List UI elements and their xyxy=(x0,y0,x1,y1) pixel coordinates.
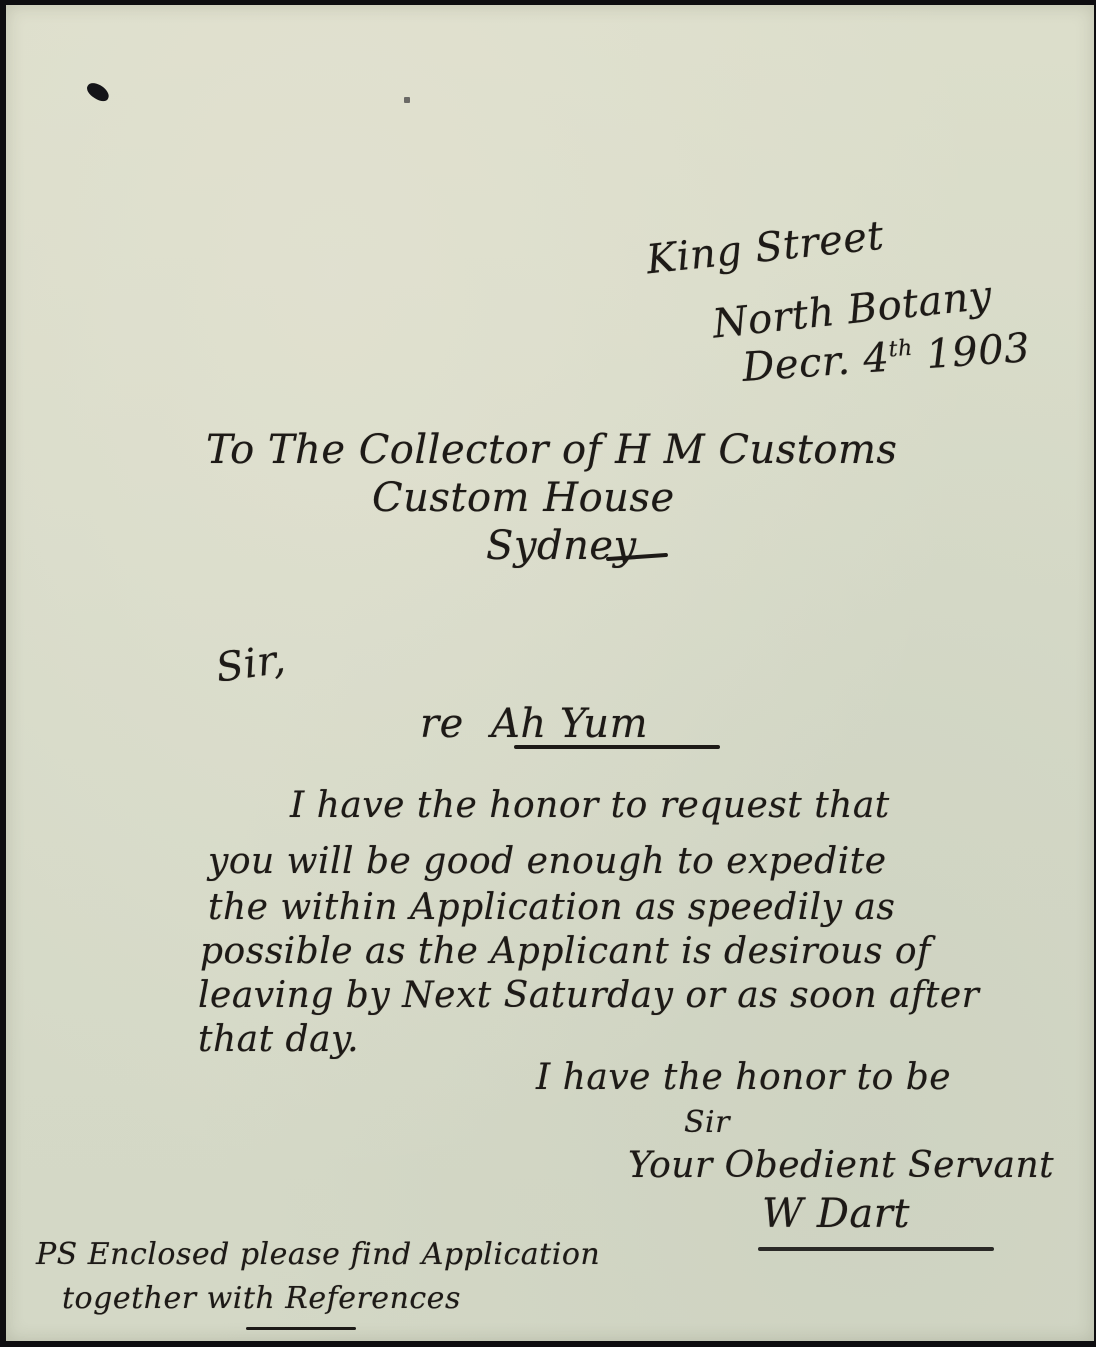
closing-line-3: Your Obedient Servant xyxy=(628,1145,1054,1186)
body-line-3: the within Application as speedily as xyxy=(208,887,895,928)
date-ordinal: th xyxy=(888,336,914,363)
ink-blot xyxy=(84,80,112,104)
closing-line-1: I have the honor to be xyxy=(536,1057,951,1098)
recipient-line-3: Sydney xyxy=(486,523,637,569)
body-line-5: leaving by Next Saturday or as soon afte… xyxy=(198,975,979,1016)
paper-mark xyxy=(404,97,410,103)
subject-name: Ah Yum xyxy=(491,701,648,747)
letter-page: King Street North Botany Decr. 4th 1903 … xyxy=(6,5,1094,1341)
postscript-line-1: PS Enclosed please find Application xyxy=(36,1237,600,1272)
body-line-1: I have the honor to request that xyxy=(290,785,890,826)
subject-underline xyxy=(514,745,720,749)
date-year: 1903 xyxy=(925,325,1032,378)
signature-underline xyxy=(758,1247,994,1251)
subject-line: re Ah Yum xyxy=(420,701,648,747)
address-street: King Street xyxy=(644,213,886,284)
closing-line-2: Sir xyxy=(684,1105,730,1140)
date-day: Decr. 4 xyxy=(741,335,891,391)
body-line-2: you will be good enough to expedite xyxy=(208,841,887,882)
salutation: Sir, xyxy=(213,636,288,691)
subject-prefix: re xyxy=(420,701,464,747)
postscript-underline xyxy=(246,1327,356,1330)
postscript-line-2: together with References xyxy=(62,1281,461,1316)
signature: W Dart xyxy=(762,1191,910,1237)
recipient-line-1: To The Collector of H M Customs xyxy=(206,427,897,473)
body-line-6: that day. xyxy=(198,1019,359,1060)
body-line-4: possible as the Applicant is desirous of xyxy=(200,931,931,972)
recipient-line-2: Custom House xyxy=(372,475,675,521)
